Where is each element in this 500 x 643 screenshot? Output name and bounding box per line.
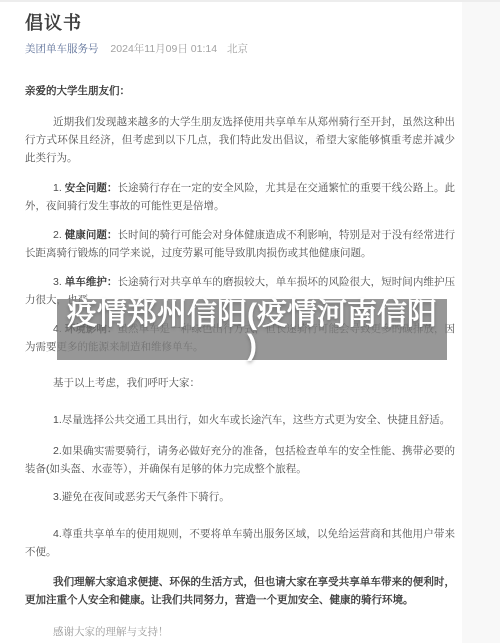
salutation: 亲爱的大学生朋友们： — [25, 82, 455, 100]
point-label: 安全问题： — [65, 182, 118, 194]
video-title-overlay: 疫情郑州信阳(疫情河南信阳 ) — [57, 299, 447, 360]
closing-paragraph: 我们理解大家追求便捷、环保的生活方式，但也请大家在享受共享单车带来的便利时，更加… — [25, 573, 455, 609]
point-paragraph-health: 2. 健康问题：长时间的骑行可能会对身体健康造成不利影响，特别是对于没有经常进行… — [25, 226, 455, 262]
appeal-item-1: 1.尽量选择公共交通工具出行，如火车或长途汽车，这些方式更为安全、快捷且舒适。 — [25, 411, 455, 429]
article-page: 倡议书 美团单车服务号 2024年11月09日 01:14 北京 亲爱的大学生朋… — [0, 0, 500, 643]
appeal-item-3: 3.避免在夜间或恶劣天气条件下骑行。 — [25, 488, 455, 506]
publish-location: 北京 — [227, 43, 248, 55]
thanks-line: 感谢大家的理解与支持！ — [25, 623, 455, 641]
page-right-gutter — [462, 2, 500, 643]
byline: 美团单车服务号 2024年11月09日 01:14 北京 — [25, 42, 455, 57]
account-link[interactable]: 美团单车服务号 — [25, 43, 99, 55]
point-paragraph-safety: 1. 安全问题：长途骑行存在一定的安全风险，尤其是在交通繁忙的重要干线公路上。此… — [25, 179, 455, 215]
overlay-title-line2: ) — [247, 330, 257, 361]
point-number: 2. — [53, 229, 65, 241]
appeal-item-4: 4.尊重共享单车的使用规则，不要将单车骑出服务区域，以免给运营商和其他用户带来不… — [25, 525, 455, 561]
point-number: 3. — [53, 276, 65, 288]
point-label: 健康问题： — [65, 229, 118, 241]
point-number: 1. — [53, 182, 65, 194]
article-title: 倡议书 — [25, 12, 455, 34]
intro-paragraph: 近期我们发现越来越多的大学生朋友选择使用共享单车从郑州骑行至开封，虽然这种出行方… — [25, 113, 455, 167]
appeal-heading: 基于以上考虑，我们呼吁大家： — [25, 374, 455, 392]
appeal-item-2: 2.如果确实需要骑行，请务必做好充分的准备，包括检查单车的安全性能、携带必要的装… — [25, 442, 455, 478]
publish-datetime: 2024年11月09日 01:14 — [110, 43, 217, 55]
overlay-title-line1: 疫情郑州信阳(疫情河南信阳 — [67, 299, 437, 330]
point-label: 单车维护： — [65, 276, 118, 288]
